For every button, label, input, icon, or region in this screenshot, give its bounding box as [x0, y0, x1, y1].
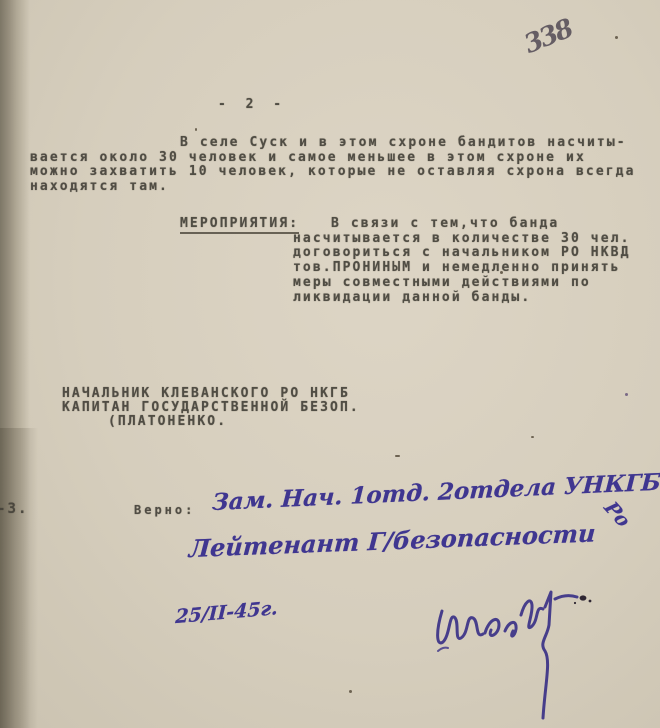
paragraph-line: договориться с начальником РО НКВД: [293, 246, 631, 261]
measures-paragraph: В связи с тем,что банда насчитывается в …: [293, 217, 631, 305]
paragraph-line: насчитывается в количестве 30 чел.: [293, 232, 631, 247]
verno-label: Верно:: [134, 503, 195, 518]
paragraph-line: вается около 30 человек и самое меньшее …: [30, 151, 636, 166]
paragraph-line: меры совместными действиями по: [293, 276, 631, 291]
handwritten-wrap-fragment: Ро: [599, 498, 635, 531]
officer-signature-block: НАЧАЛЬНИК КЛЕВАНСКОГО РО НКГБ КАПИТАН ГО…: [62, 387, 360, 428]
paper-speck: [531, 436, 534, 438]
margin-mark: -3.: [0, 502, 29, 517]
scanned-page: 338 - 2 - В селе Суск и в этом схроне ба…: [0, 0, 660, 728]
ink-stroke: [438, 648, 448, 651]
paragraph-line: В связи с тем,что банда: [293, 217, 631, 232]
paragraph-line: тов.ПРОНИНЫМ и немедленно принять: [293, 261, 631, 276]
page-left-edge-shadow-bottom: [0, 428, 38, 728]
body-paragraph: В селе Суск и в этом схроне бандитов нас…: [30, 136, 636, 195]
handwritten-date: 25/II-45г.: [175, 597, 279, 628]
paragraph-line: ликвидации данной банды.: [293, 291, 631, 306]
handwritten-certification-line-2: Лейтенант Г/безопасности: [188, 518, 596, 563]
officer-title-line: НАЧАЛЬНИК КЛЕВАНСКОГО РО НКГБ: [62, 387, 360, 401]
handwritten-certification-line-1: Зам. Нач. 1отд. 2отдела УНКГБ: [211, 469, 660, 516]
document-scan: { "page": { "folio_number": "338", "page…: [0, 0, 660, 728]
officer-name-line: (ПЛАТОНЕНКО.: [62, 415, 360, 429]
paper-speck: [395, 455, 400, 457]
paper-speck: [195, 128, 197, 131]
paper-speck: [500, 271, 503, 274]
paper-speck: [349, 690, 352, 693]
measures-section: МЕРОПРИЯТИЯ:: [180, 217, 299, 232]
paper-speck: [625, 393, 628, 396]
officer-rank-line: КАПИТАН ГОСУДАРСТВЕННОЙ БЕЗОП.: [62, 401, 360, 415]
page-number: - 2 -: [218, 98, 287, 113]
paragraph-line: находятся там.: [30, 180, 636, 195]
folio-number-handwritten: 338: [520, 14, 576, 60]
signature-shvarts: [432, 585, 597, 728]
measures-label: МЕРОПРИЯТИЯ:: [180, 216, 299, 234]
paragraph-line: В селе Суск и в этом схроне бандитов нас…: [30, 136, 636, 151]
paper-speck: [615, 36, 618, 39]
paragraph-line: можно захватить 10 человек, которые не о…: [30, 165, 636, 180]
